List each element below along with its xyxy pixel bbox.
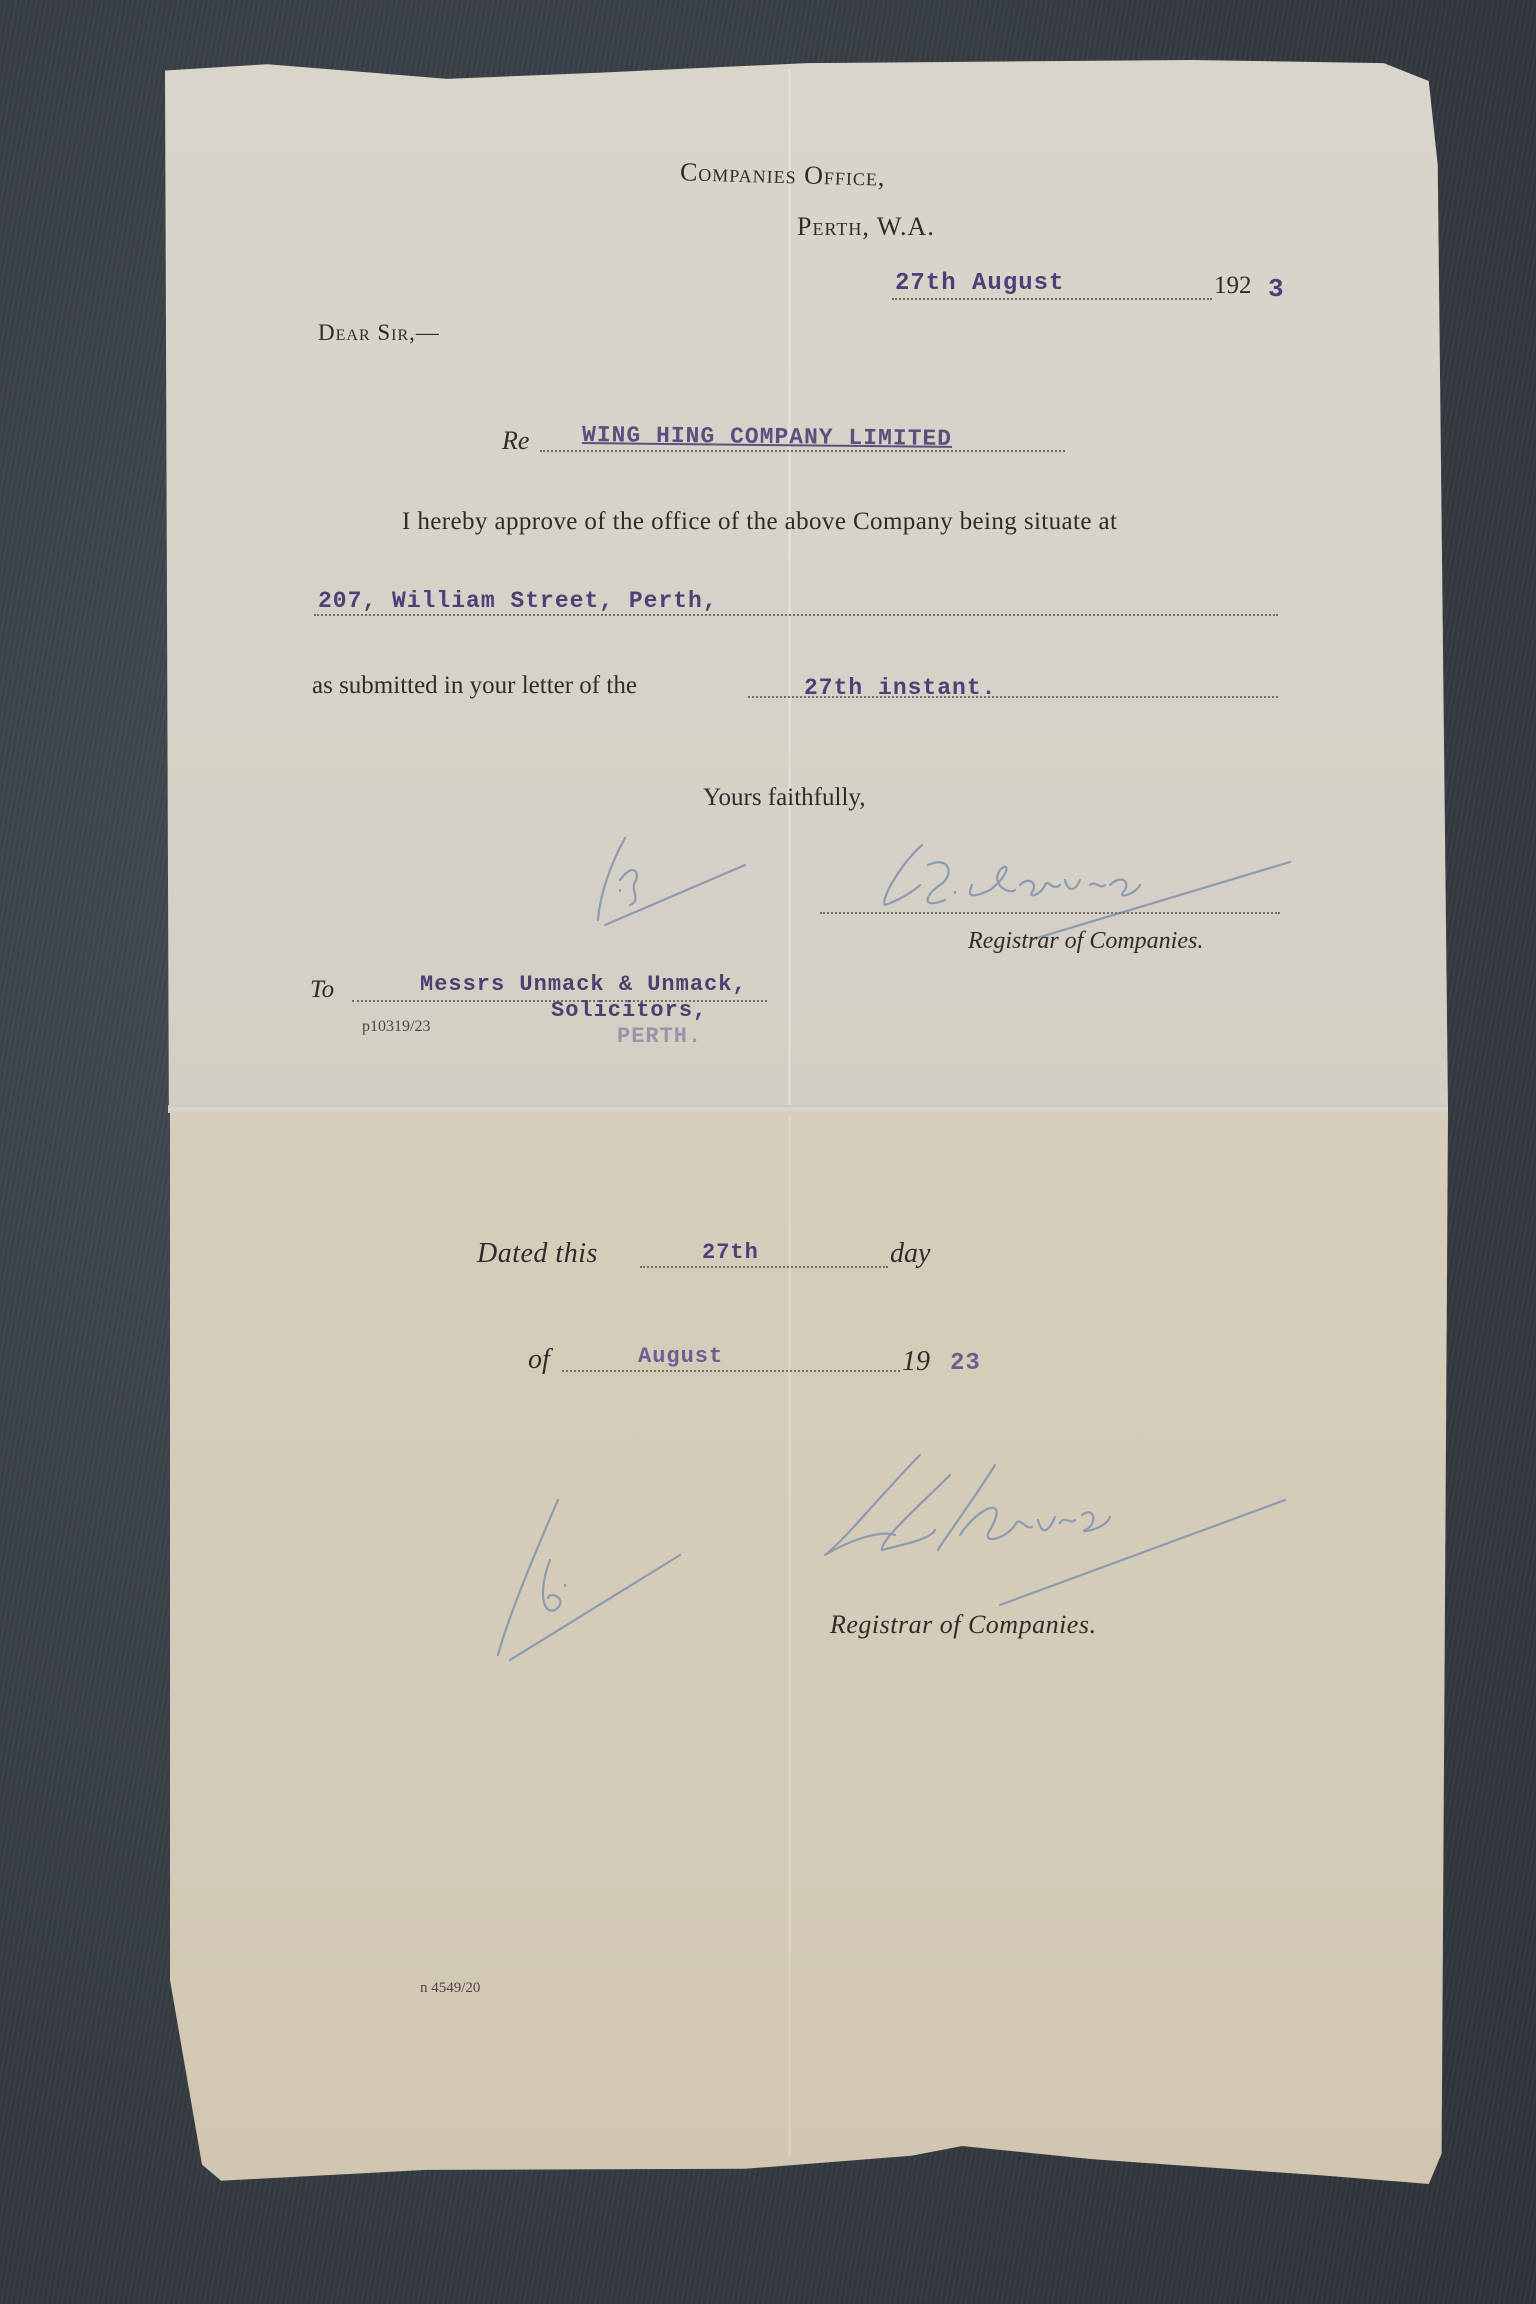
form-reference-top: p10319/23 <box>362 1018 430 1036</box>
year-prefix: 192 <box>1214 272 1252 300</box>
vertical-crease-lower <box>788 1115 791 2155</box>
registrar-title-upper: Registrar of Companies. <box>968 928 1203 955</box>
date-dotted-line <box>892 298 1212 300</box>
registrar-signature-upper <box>860 830 1300 940</box>
initials-signature-lower <box>490 1490 690 1670</box>
company-name: WING HING COMPANY LIMITED <box>582 422 952 452</box>
recipient-line-2: Solicitors, <box>551 998 707 1023</box>
recipient-line-1: Messrs Unmack & Unmack, <box>420 972 747 997</box>
salutation: Dear Sir,— <box>318 320 440 346</box>
day-label: day <box>890 1238 930 1270</box>
body-line-3: as submitted in your letter of the <box>312 672 637 700</box>
to-label: To <box>310 976 334 1004</box>
re-label: Re <box>502 426 529 456</box>
horizontal-fold <box>168 1105 1448 1113</box>
body-line-1: I hereby approve of the office of the ab… <box>402 508 1117 536</box>
year-suffix: 3 <box>1268 274 1285 304</box>
valediction: Yours faithfully, <box>703 784 866 812</box>
vertical-crease-upper <box>788 70 791 1105</box>
registrar-title-lower: Registrar of Companies. <box>830 1610 1096 1640</box>
of-label: of <box>528 1344 550 1376</box>
initials-signature-upper <box>590 820 760 930</box>
signature-dotted-line <box>820 912 1280 914</box>
letter-lower-half <box>170 1112 1448 2197</box>
registrar-signature-lower <box>820 1445 1300 1625</box>
dated-year-suffix: 23 <box>950 1350 981 1377</box>
form-reference-bottom: n 4549/20 <box>420 1980 480 1997</box>
dated-label: Dated this <box>477 1238 598 1270</box>
address-dotted-line <box>314 614 1278 616</box>
submitted-letter-date: 27th instant. <box>804 675 996 701</box>
day-dotted-line <box>640 1266 888 1268</box>
dated-year-prefix: 19 <box>902 1346 930 1378</box>
dated-day: 27th <box>702 1240 759 1265</box>
dated-month: August <box>638 1344 723 1369</box>
office-address: 207, William Street, Perth, <box>318 588 718 614</box>
recipient-line-3: PERTH. <box>617 1024 702 1049</box>
month-dotted-line <box>562 1370 900 1372</box>
letterhead-office: Companies Office, <box>680 157 886 192</box>
letterhead-city: Perth, W.A. <box>797 212 935 242</box>
letter-date: 27th August <box>895 270 1064 297</box>
